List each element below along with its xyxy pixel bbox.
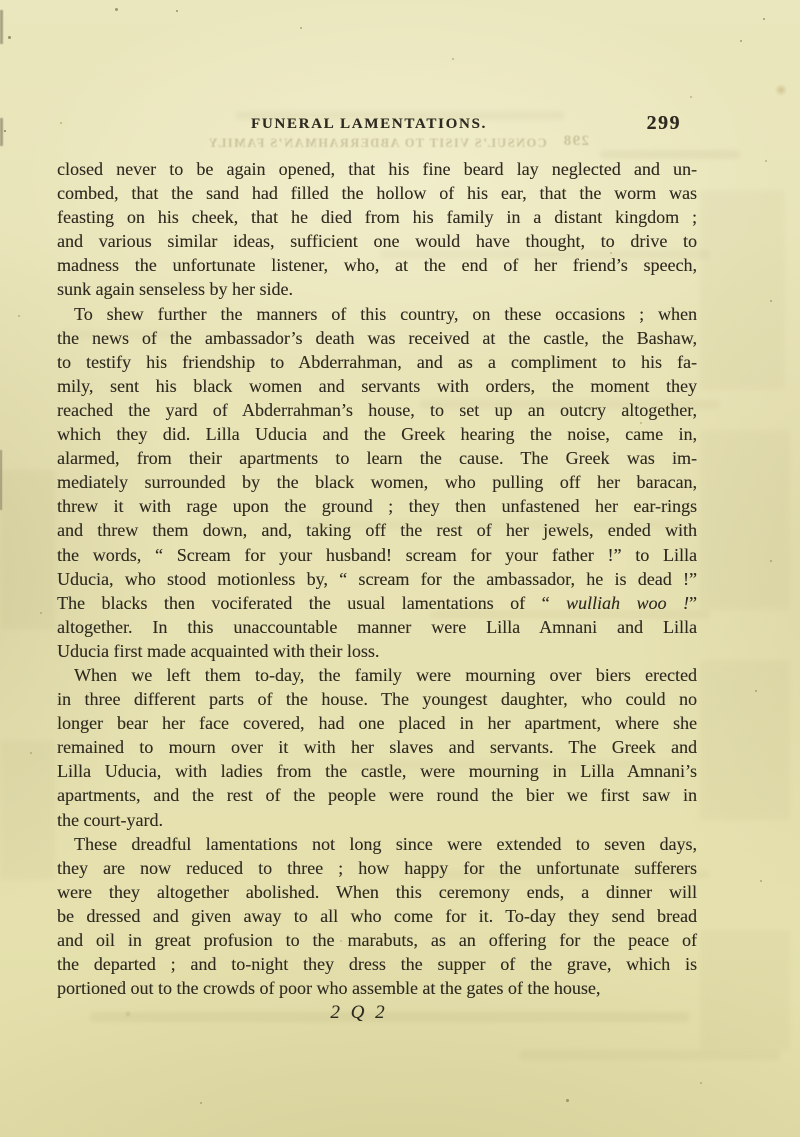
paper-speck [755,690,757,692]
text-line: Uducia first made acquainted with their … [57,639,697,663]
text-line: mily, sent his black women and servants … [57,374,697,398]
bleedthrough-streak [520,1050,780,1060]
text-line: Uducia, who stood motionless by, “ screa… [57,567,697,591]
paper-speck [4,130,6,132]
text-line: and various similar ideas, sufficient on… [57,229,697,253]
text-line: reached the yard of Abderrahman’s house,… [57,398,697,422]
page-number: 299 [647,112,682,135]
paper-speck [566,1099,569,1102]
paper-speck [740,40,742,42]
text-line: they are now reduced to three ; how happ… [57,856,697,880]
paper-speck [640,422,642,424]
paper-speck [8,36,11,39]
paper-speck [760,880,762,882]
text-line: which they did. Lilla Uducia and the Gre… [57,422,697,446]
text-line: longer bear her face covered, had one pl… [57,711,697,735]
text-line: threw it with rage upon the ground ; the… [57,494,697,518]
bleedthrough-streak [0,740,55,880]
text-line: The blacks then vociferated the usual la… [57,591,697,615]
paper-speck [770,300,772,302]
text-line: portioned out to the crowds of poor who … [57,976,697,1000]
text-line: mediately surrounded by the black women,… [57,470,697,494]
text-line: be dressed and given away to all who com… [57,904,697,928]
paper-speck [765,160,767,162]
text-line: When we left them to-day, the family wer… [57,663,697,687]
text-line: altogether. In this unaccountable manner… [57,615,697,639]
bleedthrough-streak [0,470,55,630]
paper-speck [763,18,765,20]
paper-speck [18,315,20,317]
text-line: the departed ; and to-night they dress t… [57,952,697,976]
bleedthrough-streak [700,660,790,820]
paper-speck [610,252,612,254]
page-edge-mark [0,450,2,510]
text-line: madness the unfortunate listener, who, a… [57,253,697,277]
paper-speck [700,1082,702,1084]
paragraph: To shew further the manners of this coun… [57,302,697,663]
bleedthrough-streak [700,430,790,610]
text-segment: ” [689,593,697,613]
text-line: These dreadful lamentations not long sin… [57,832,697,856]
text-line: the words, “ Scream for your husband! sc… [57,543,697,567]
text-line: To shew further the manners of this coun… [57,302,697,326]
text-line: to testify his friendship to Abderrahman… [57,350,697,374]
paper-speck [200,1102,202,1104]
italic-phrase: wulliah woo ! [566,593,689,613]
text-line: apartments, and the rest of the people w… [57,783,697,807]
paper-speck [770,560,772,562]
signature-mark: 2 Q 2 [39,1002,679,1024]
paper-speck [300,27,302,29]
paper-speck [340,940,342,942]
page-edge-mark [0,118,3,146]
paragraph: When we left them to-day, the family wer… [57,663,697,832]
text-block: closed never to be again opened, that hi… [57,157,697,1024]
text-line: the court-yard. [57,808,697,832]
text-line: combed, that the sand had filled the hol… [57,181,697,205]
paper-speck [690,96,692,98]
text-line: sunk again senseless by her side. [57,277,697,301]
paper-speck [120,982,122,984]
text-line: remained to mourn over it with her slave… [57,735,697,759]
text-line: the news of the ambassador’s death was r… [57,326,697,350]
text-line: were they altogether abolished. When thi… [57,880,697,904]
text-line: Lilla Uducia, with ladies from the castl… [57,759,697,783]
paragraph: These dreadful lamentations not long sin… [57,832,697,1001]
paragraph: closed never to be again opened, that hi… [57,157,697,302]
text-line: alarmed, from their apartments to learn … [57,446,697,470]
text-line: in three different parts of the house. T… [57,687,697,711]
book-page: 298 CONSUL’S VISIT TO ABDERRAHMAN’S FAMI… [0,0,800,1137]
text-line: and oil in great profusion to the marabu… [57,928,697,952]
bleedthrough-streak [700,930,790,1050]
text-line: closed never to be again opened, that hi… [57,157,697,181]
running-title: FUNERAL LAMENTATIONS. [49,116,689,133]
paper-speck [452,58,454,60]
text-line: feasting on his cheek, that he died from… [57,205,697,229]
paper-speck [115,8,118,11]
page-header: FUNERAL LAMENTATIONS. 299 [57,112,697,140]
text-segment: The blacks then vociferated the usual la… [57,593,566,613]
bleedthrough-streak [700,190,785,390]
page-edge-mark [0,10,3,44]
paper-speck [176,10,178,12]
text-line: and threw them down, and, taking off the… [57,518,697,542]
paper-speck [40,612,42,614]
paper-speck [60,122,62,124]
paper-speck [30,752,32,754]
